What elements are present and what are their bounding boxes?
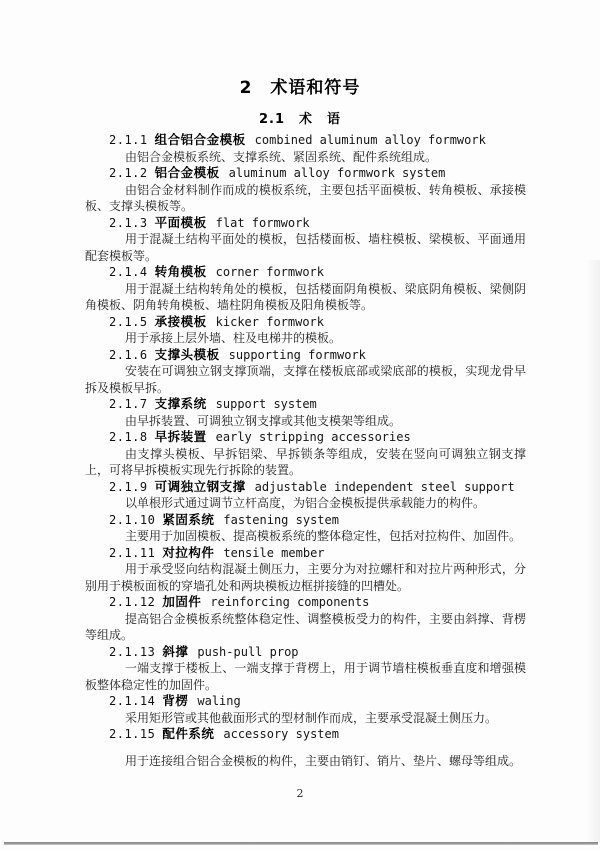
term-entry: 2.1.5承接模板kicker formwork 用于承接上层外墙、柱及电梯井的… [85, 314, 526, 347]
clause-heading: 2.1.7支撑系统support system [85, 396, 526, 413]
clause-definition: 用于承接上层外墙、柱及电梯井的模板。 [85, 330, 526, 347]
clause-term-en: flat formwork [216, 216, 310, 230]
clause-heading: 2.1.3平面模板flat formwork [85, 215, 526, 232]
clause-heading: 2.1.15配件系统accessory system [85, 726, 526, 743]
clause-number: 2.1.13 [109, 645, 155, 659]
clause-heading: 2.1.6支撑头模板supporting formwork [85, 347, 526, 364]
term-entry: 2.1.9可调独立钢支撑adjustable independent steel… [85, 479, 526, 512]
clause-term-zh: 平面模板 [155, 215, 207, 230]
clause-term-en: adjustable independent steel support [255, 480, 515, 494]
clause-term-zh: 承接模板 [155, 314, 207, 329]
clause-number: 2.1.4 [109, 265, 148, 279]
document-page: 2 术语和符号 2.1 术 语 2.1.1组合铝合金模板combined alu… [0, 0, 600, 851]
term-entry: 2.1.3平面模板flat formwork 用于混凝土结构平面处的模板，包括楼… [85, 215, 526, 265]
clause-term-zh: 早拆装置 [155, 429, 207, 444]
clause-term-en: fastening system [223, 513, 339, 527]
term-entry: 2.1.8早拆装置early stripping accessories 由支撑… [85, 429, 526, 479]
clause-term-en: accessory system [223, 727, 339, 741]
clause-number: 2.1.6 [109, 348, 148, 362]
clause-term-en: aluminum alloy formwork system [229, 166, 446, 180]
clause-term-zh: 支撑系统 [155, 396, 207, 411]
term-entry: 2.1.4转角模板corner formwork 用于混凝土结构转角处的模板，包… [85, 264, 526, 314]
term-entry: 2.1.12加固件reinforcing components 提高铝合金模板系… [85, 594, 526, 644]
clause-heading: 2.1.13斜撑push-pull prop [85, 644, 526, 661]
clause-definition: 由铝合金模板系统、支撑系统、紧固系统、配件系统组成。 [85, 149, 526, 166]
terms-list: 2.1.1组合铝合金模板combined aluminum alloy form… [85, 132, 526, 769]
clause-term-zh: 斜撑 [162, 644, 188, 659]
clause-term-zh: 转角模板 [155, 264, 207, 279]
page-number: 2 [0, 787, 600, 800]
clause-term-zh: 对拉构件 [162, 545, 214, 560]
clause-number: 2.1.3 [109, 216, 148, 230]
term-entry: 2.1.6支撑头模板supporting formwork 安装在可调独立钢支撑… [85, 347, 526, 397]
clause-term-en: waling [197, 694, 240, 708]
clause-heading: 2.1.11对拉构件tensile member [85, 545, 526, 562]
clause-number: 2.1.2 [109, 166, 148, 180]
clause-term-en: corner formwork [216, 265, 324, 279]
clause-definition: 安装在可调独立钢支撑顶端，支撑在楼板底部或梁底部的模板，实现龙骨早拆及模板早拆。 [85, 363, 526, 396]
clause-heading: 2.1.14背楞waling [85, 693, 526, 710]
clause-definition: 采用矩形管或其他截面形式的型材制作而成，主要承受混凝土侧压力。 [85, 710, 526, 727]
clause-heading: 2.1.2铝合金模板aluminum alloy formwork system [85, 165, 526, 182]
clause-term-en: push-pull prop [197, 645, 298, 659]
clause-heading: 2.1.8早拆装置early stripping accessories [85, 429, 526, 446]
clause-number: 2.1.7 [109, 397, 148, 411]
term-entry: 2.1.13斜撑push-pull prop 一端支撑于楼板上、一端支撑于背楞上… [85, 644, 526, 694]
clause-term-zh: 背楞 [162, 693, 188, 708]
clause-term-en: early stripping accessories [216, 430, 411, 444]
clause-definition: 以单根形式通过调节立杆高度，为铝合金模板提供承载能力的构件。 [85, 495, 526, 512]
clause-heading: 2.1.4转角模板corner formwork [85, 264, 526, 281]
clause-definition: 用于混凝土结构平面处的模板，包括楼面板、墙柱模板、梁模板、平面通用配套模板等。 [85, 231, 526, 264]
term-entry: 2.1.15配件系统accessory system 用于连接组合铝合金模板的构… [85, 726, 526, 769]
clause-term-en: reinforcing components [210, 595, 369, 609]
section-title: 2.1 术 语 [0, 108, 600, 127]
clause-number: 2.1.1 [109, 133, 148, 147]
clause-definition: 由铝合金材料制作而成的模板系统，主要包括平面模板、转角模板、承接模板、支撑头模板… [85, 182, 526, 215]
clause-definition: 用于承受竖向结构混凝土侧压力，主要分为对拉螺杆和对拉片两种形式，分别用于模板面板… [85, 561, 526, 594]
clause-heading: 2.1.10紧固系统fastening system [85, 512, 526, 529]
term-entry: 2.1.7支撑系统support system 由早拆装置、可调独立钢支撑或其他… [85, 396, 526, 429]
term-entry: 2.1.14背楞waling 采用矩形管或其他截面形式的型材制作而成，主要承受混… [85, 693, 526, 726]
clause-heading: 2.1.9可调独立钢支撑adjustable independent steel… [85, 479, 526, 496]
clause-definition: 用于连接组合铝合金模板的构件，主要由销钉、销片、垫片、螺母等组成。 [85, 753, 526, 770]
clause-term-en: tensile member [223, 546, 324, 560]
clause-term-zh: 加固件 [162, 594, 201, 609]
clause-definition: 主要用于加固模板、提高模板系统的整体稳定性，包括对拉构件、加固件。 [85, 528, 526, 545]
clause-definition: 由支撑头模板、早拆铝梁、早拆锁条等组成，安装在竖向可调独立钢支撑上，可将早拆模板… [85, 446, 526, 479]
clause-definition: 用于混凝土结构转角处的模板，包括楼面阴角模板、梁底阴角模板、梁侧阴角模板、阴角转… [85, 281, 526, 314]
clause-number: 2.1.10 [109, 513, 155, 527]
clause-term-en: combined aluminum alloy formwork [255, 133, 486, 147]
clause-term-zh: 可调独立钢支撑 [155, 479, 246, 494]
clause-number: 2.1.9 [109, 480, 148, 494]
clause-number: 2.1.12 [109, 595, 155, 609]
clause-term-en: supporting formwork [229, 348, 366, 362]
clause-heading: 2.1.5承接模板kicker formwork [85, 314, 526, 331]
clause-term-zh: 紧固系统 [162, 512, 214, 527]
clause-number: 2.1.8 [109, 430, 148, 444]
term-entry: 2.1.11对拉构件tensile member 用于承受竖向结构混凝土侧压力，… [85, 545, 526, 595]
clause-definition: 由早拆装置、可调独立钢支撑或其他支模架等组成。 [85, 413, 526, 430]
clause-term-en: kicker formwork [216, 315, 324, 329]
clause-definition: 提高铝合金模板系统整体稳定性、调整模板受力的构件，主要由斜撑、背楞等组成。 [85, 611, 526, 644]
clause-term-zh: 组合铝合金模板 [155, 132, 246, 147]
bottom-scan-rule [4, 842, 598, 845]
clause-term-zh: 支撑头模板 [155, 347, 220, 362]
clause-heading: 2.1.12加固件reinforcing components [85, 594, 526, 611]
clause-number: 2.1.11 [109, 546, 155, 560]
clause-number: 2.1.14 [109, 694, 155, 708]
term-entry: 2.1.10紧固系统fastening system 主要用于加固模板、提高模板… [85, 512, 526, 545]
clause-heading: 2.1.1组合铝合金模板combined aluminum alloy form… [85, 132, 526, 149]
clause-term-zh: 配件系统 [162, 726, 214, 741]
clause-term-zh: 铝合金模板 [155, 165, 220, 180]
term-entry: 2.1.1组合铝合金模板combined aluminum alloy form… [85, 132, 526, 165]
clause-term-en: support system [216, 397, 317, 411]
clause-definition: 一端支撑于楼板上、一端支撑于背楞上，用于调节墙柱模板垂直度和增强模板整体稳定性的… [85, 660, 526, 693]
clause-number: 2.1.5 [109, 315, 148, 329]
term-entry: 2.1.2铝合金模板aluminum alloy formwork system… [85, 165, 526, 215]
chapter-title: 2 术语和符号 [0, 73, 600, 98]
clause-number: 2.1.15 [109, 727, 155, 741]
